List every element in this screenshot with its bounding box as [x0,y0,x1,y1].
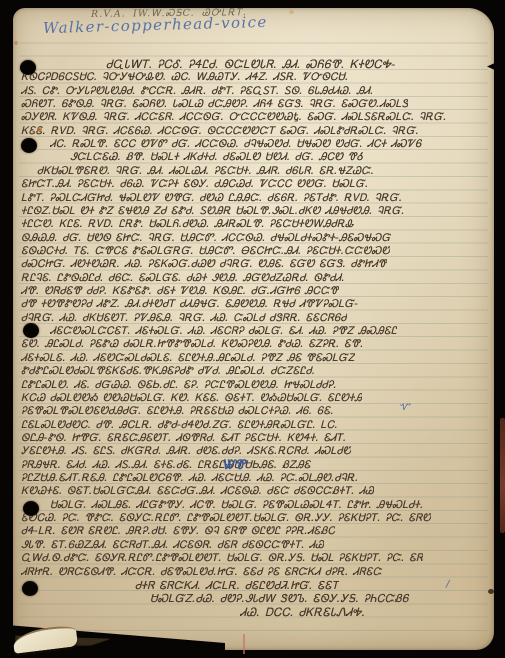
foxing-spot [289,10,294,14]
punch-hole [23,323,39,338]
annotations-layer: ᏔᏡᏉ∕ [13,8,494,650]
punch-hole [20,60,36,75]
punch-hole [23,501,39,516]
punch-hole [21,138,37,153]
book-spine-edge [500,418,505,533]
scanned-manuscript-page: R.V.A. IW.Ꮃ.ᏍᎦC. ᏊᎤᏞᎡᎢ. Walker-copperhea… [0,0,505,658]
foxing-spot [14,41,18,45]
red-margin-bleed [243,634,245,654]
blue-ink-correction: ᏔᏡ [222,458,245,473]
edge-notch [488,589,494,594]
blue-ink-correction: Ꮙ [399,403,410,413]
blue-ink-correction: ∕ [446,579,449,590]
paper-sheet: R.V.A. IW.Ꮃ.ᏍᎦC. ᏊᎤᏞᎡᎢ. Walker-copperhea… [13,8,494,650]
foxing-spot [37,127,42,132]
punch-hole [22,581,38,596]
